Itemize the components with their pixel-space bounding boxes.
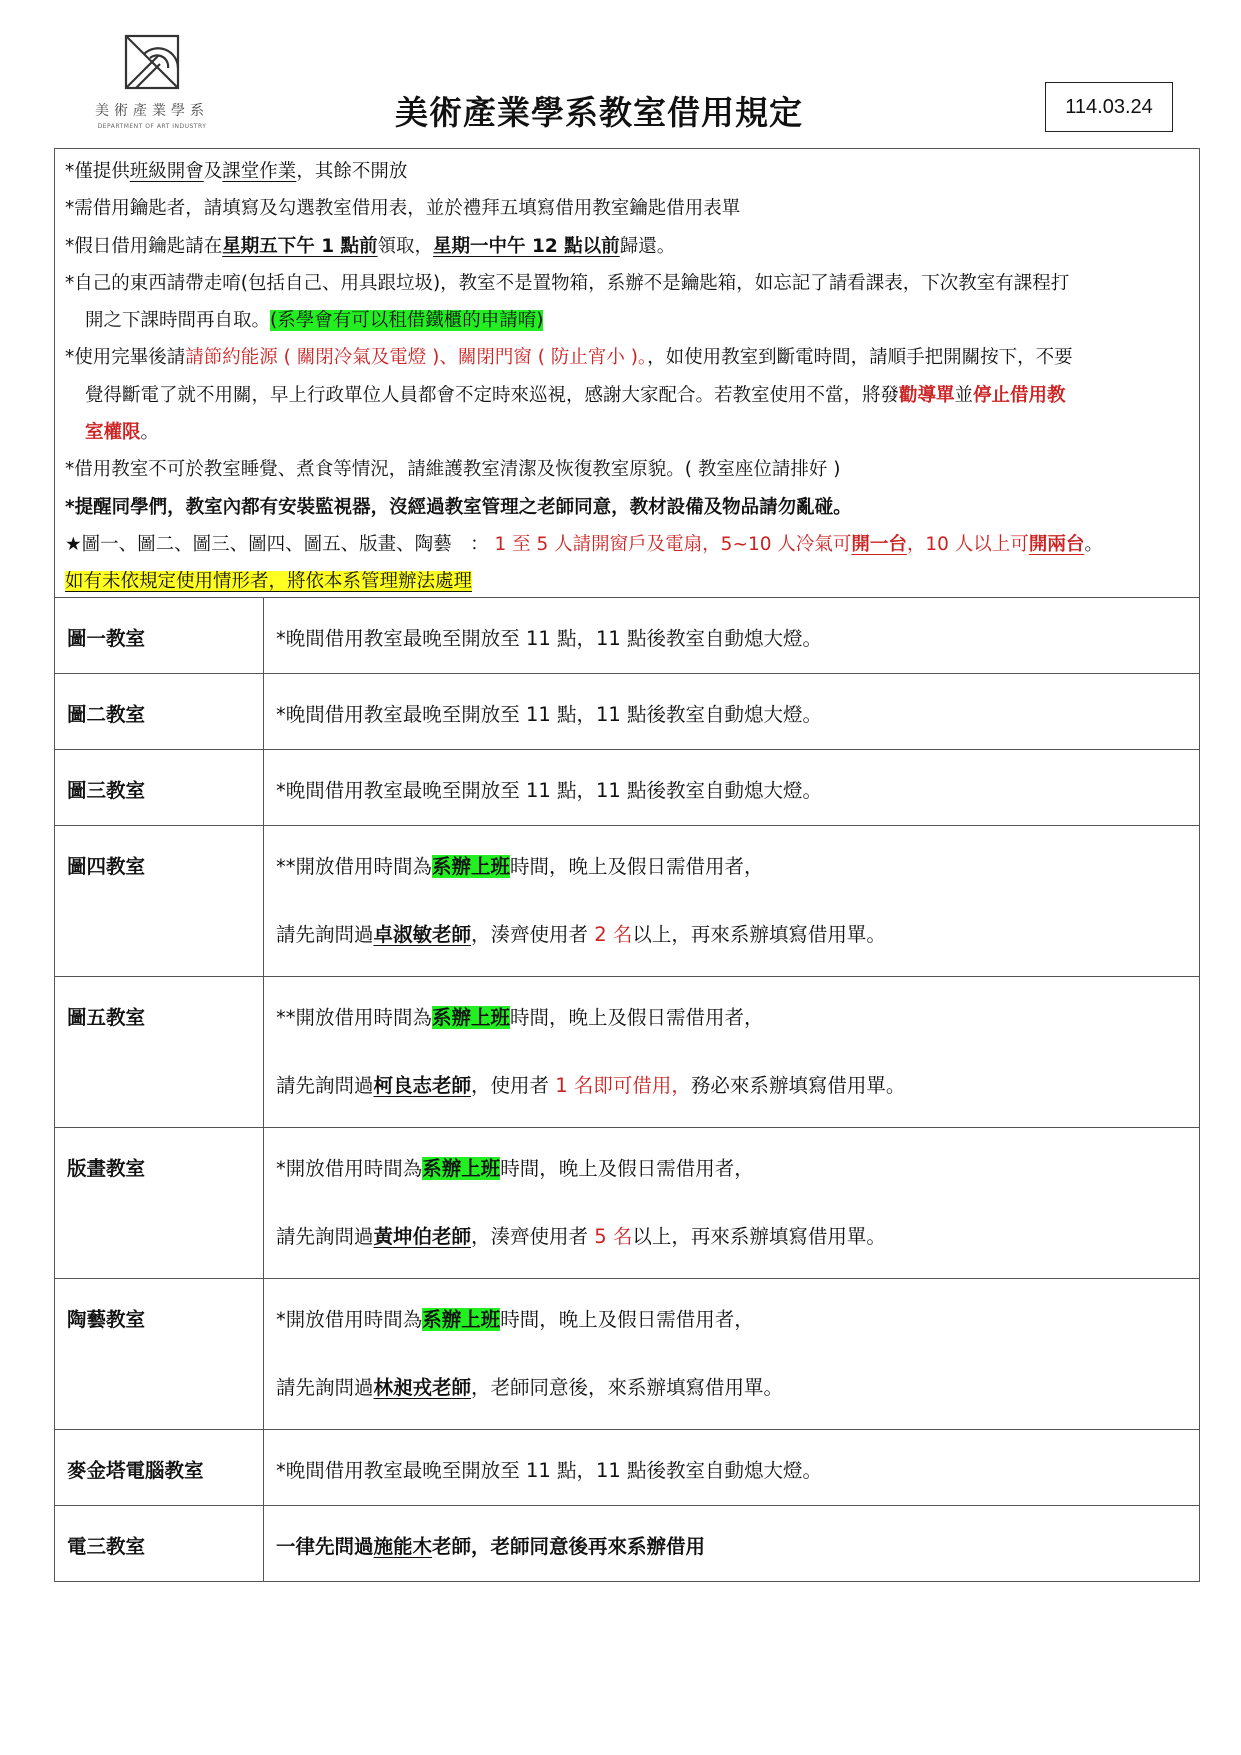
rule-text: *需借用鑰匙者，請填寫及勾選教室借用表，並於禮拜五填寫借用教室鑰匙借用表單 (65, 198, 740, 219)
rule-text: 請先詢問過 (276, 1074, 374, 1097)
rule-line: ★圖一、圖二、圖三、圖四、圖五、版畫、陶藝 ： 1 至 5 人請開窗戶及電扇，5… (65, 526, 1191, 563)
rule-text: *開放借用時間為 (276, 1308, 422, 1331)
rule-text: 領取， (378, 236, 434, 257)
rule-text: *假日借用鑰匙請在 (65, 236, 222, 257)
rule-text: 請先詢問過 (276, 1225, 374, 1248)
room-rule: **開放借用時間為系辦上班時間，晚上及假日需借用者， 請先詢問過柯良志老師，使用… (264, 977, 1200, 1128)
office-hours-highlight: 系辦上班 (422, 1157, 500, 1180)
rule-text: 歸還。 (620, 236, 676, 257)
table-row: 圖三教室 *晚間借用教室最晚至開放至 11 點，11 點後教室自動熄大燈。 (55, 750, 1200, 826)
table-row: 麥金塔電腦教室 *晚間借用教室最晚至開放至 11 點，11 點後教室自動熄大燈。 (55, 1430, 1200, 1506)
room-name: 圖四教室 (55, 826, 264, 977)
rule-text: **開放借用時間為 (276, 1006, 432, 1029)
energy-saving-warning: 請節約能源 ( 關閉冷氣及電燈 )、關閉門窗 ( 防止宵小 )。 (185, 347, 647, 368)
table-row: 陶藝教室 *開放借用時間為系辦上班時間，晚上及假日需借用者， 請先詢問過林昶戎老… (55, 1279, 1200, 1430)
rule-text: 時間，晚上及假日需借用者， (510, 855, 764, 878)
table-row: 圖二教室 *晚間借用教室最晚至開放至 11 點，11 點後教室自動熄大燈。 (55, 674, 1200, 750)
department-logo-icon (124, 34, 180, 90)
table-row: 圖四教室 **開放借用時間為系辦上班時間，晚上及假日需借用者， 請先詢問過卓淑敏… (55, 826, 1200, 977)
rule-text: 時間，晚上及假日需借用者， (510, 1006, 764, 1029)
office-hours-highlight: 系辦上班 (432, 1006, 510, 1029)
locker-note-highlight: (系學會有可以租借鐵櫃的申請唷) (270, 310, 543, 331)
room-name: 圖二教室 (55, 674, 264, 750)
table-row: 圖五教室 **開放借用時間為系辦上班時間，晚上及假日需借用者， 請先詢問過柯良志… (55, 977, 1200, 1128)
ac-rule-emphasis: 開一台 (851, 534, 907, 555)
rule-text: ，其餘不開放 (296, 161, 407, 182)
rule-text: 並 (955, 385, 974, 406)
camera-warning: *提醒同學們，教室內都有安裝監視器，沒經過教室管理之老師同意，教材設備及物品請勿… (65, 497, 852, 518)
rule-emphasis: 班級開會 (130, 161, 204, 182)
rule-text: *自己的東西請帶走唷(包括自己、用具跟垃圾)，教室不是置物箱，系辦不是鑰匙箱，如… (65, 273, 1069, 294)
room-table: 圖一教室 *晚間借用教室最晚至開放至 11 點，11 點後教室自動熄大燈。 圖二… (54, 597, 1200, 1582)
rule-text: 。 (141, 422, 160, 443)
room-rule: 一律先問過施能木老師，老師同意後再來系辦借用 (264, 1506, 1200, 1582)
rule-text: 一律先問過 (276, 1535, 374, 1558)
rule-text: 時間，晚上及假日需借用者， (500, 1308, 754, 1331)
rule-text: 。 (1084, 534, 1103, 555)
rule-line: 室權限。 (65, 414, 1191, 451)
logo-name-cn: 美術產業學系 (92, 100, 212, 120)
rule-text: 開之下課時間再自取。 (85, 310, 270, 331)
room-rule: *晚間借用教室最晚至開放至 11 點，11 點後教室自動熄大燈。 (264, 750, 1200, 826)
rule-text: ，湊齊使用者 (471, 1225, 594, 1248)
room-name: 版畫教室 (55, 1128, 264, 1279)
rule-line: 覺得斷電了就不用關，早上行政單位人員都會不定時來巡視，感謝大家配合。若教室使用不… (65, 377, 1191, 414)
room-name: 圖三教室 (55, 750, 264, 826)
department-logo: 美術產業學系 DEPARTMENT OF ART INDUSTRY (92, 34, 212, 130)
room-rule: **開放借用時間為系辦上班時間，晚上及假日需借用者， 請先詢問過卓淑敏老師，湊齊… (264, 826, 1200, 977)
room-rule: *開放借用時間為系辦上班時間，晚上及假日需借用者， 請先詢問過黃坤伯老師，湊齊使… (264, 1128, 1200, 1279)
office-hours-highlight: 系辦上班 (432, 855, 510, 878)
rule-emphasis: 課堂作業 (222, 161, 296, 182)
rule-text: *僅提供 (65, 161, 130, 182)
ac-rule: 1 至 5 人請開窗戶及電扇，5~10 人冷氣可 (489, 534, 852, 555)
rule-text: 圖一、圖二、圖三、圖四、圖五、版畫、陶藝 ： (82, 534, 489, 555)
rule-text: ，湊齊使用者 (471, 923, 594, 946)
rule-text: ，如使用教室到斷電時間，請順手把開關按下，不要 (647, 347, 1073, 368)
ac-rule-emphasis: 開兩台 (1029, 534, 1085, 555)
rule-text: 覺得斷電了就不用關，早上行政單位人員都會不定時來巡視，感謝大家配合。若教室使用不… (85, 385, 899, 406)
room-name: 陶藝教室 (55, 1279, 264, 1430)
table-row: 圖一教室 *晚間借用教室最晚至開放至 11 點，11 點後教室自動熄大燈。 (55, 598, 1200, 674)
rule-line: *自己的東西請帶走唷(包括自己、用具跟垃圾)，教室不是置物箱，系辦不是鑰匙箱，如… (65, 265, 1191, 302)
rule-text: 請先詢問過 (276, 923, 374, 946)
rule-text: 時間，晚上及假日需借用者， (500, 1157, 754, 1180)
user-count: 1 名即可借用， (555, 1074, 691, 1097)
rule-emphasis: 星期一中午 12 點以前 (433, 236, 620, 257)
rule-line: *提醒同學們，教室內都有安裝監視器，沒經過教室管理之老師同意，教材設備及物品請勿… (65, 489, 1191, 526)
logo-name-en: DEPARTMENT OF ART INDUSTRY (92, 123, 212, 130)
rule-text: 以上，再來系辦填寫借用單。 (632, 1225, 886, 1248)
room-name: 圖五教室 (55, 977, 264, 1128)
rule-text: 及 (204, 161, 223, 182)
rule-emphasis: 星期五下午 1 點前 (222, 236, 377, 257)
room-rule: *晚間借用教室最晚至開放至 11 點，11 點後教室自動熄大燈。 (264, 1430, 1200, 1506)
rule-text: 老師，老師同意後再來系辦借用 (432, 1535, 705, 1558)
rule-text: ，老師同意後，來系辦填寫借用單。 (471, 1376, 783, 1399)
teacher-name: 卓淑敏老師 (374, 923, 472, 946)
rule-text: *開放借用時間為 (276, 1157, 422, 1180)
teacher-name: 施能木 (374, 1535, 433, 1558)
rule-text: ，使用者 (471, 1074, 555, 1097)
table-row: 電三教室 一律先問過施能木老師，老師同意後再來系辦借用 (55, 1506, 1200, 1582)
penalty-warning: 室權限 (85, 422, 141, 443)
teacher-name: 柯良志老師 (374, 1074, 472, 1097)
rule-line: *借用教室不可於教室睡覺、煮食等情況，請維護教室清潔及恢復教室原貌。( 教室座位… (65, 451, 1191, 488)
room-name: 麥金塔電腦教室 (55, 1430, 264, 1506)
rule-line: *需借用鑰匙者，請填寫及勾選教室借用表，並於禮拜五填寫借用教室鑰匙借用表單 (65, 190, 1191, 227)
rule-line: 開之下課時間再自取。(系學會有可以租借鐵櫃的申請唷) (65, 302, 1191, 339)
user-count: 5 名 (594, 1225, 632, 1248)
rules-section: *僅提供班級開會及課堂作業，其餘不開放 *需借用鑰匙者，請填寫及勾選教室借用表，… (54, 148, 1200, 597)
star-icon: ★ (65, 534, 82, 555)
rule-text: *借用教室不可於教室睡覺、煮食等情況，請維護教室清潔及恢復教室原貌。( 教室座位… (65, 459, 840, 480)
room-rule: *晚間借用教室最晚至開放至 11 點，11 點後教室自動熄大燈。 (264, 598, 1200, 674)
room-name: 電三教室 (55, 1506, 264, 1582)
rule-text: *使用完畢後請 (65, 347, 185, 368)
rule-line: 如有未依規定使用情形者，將依本系管理辦法處理 (65, 563, 1191, 600)
room-rule: *晚間借用教室最晚至開放至 11 點，11 點後教室自動熄大燈。 (264, 674, 1200, 750)
teacher-name: 林昶戎老師 (374, 1376, 472, 1399)
rule-line: *假日借用鑰匙請在星期五下午 1 點前領取，星期一中午 12 點以前歸還。 (65, 228, 1191, 265)
teacher-name: 黃坤伯老師 (374, 1225, 472, 1248)
rule-text: 請先詢問過 (276, 1376, 374, 1399)
page-title: 美術產業學系教室借用規定 (395, 87, 803, 134)
rule-line: *僅提供班級開會及課堂作業，其餘不開放 (65, 153, 1191, 190)
ac-rule: ，10 人以上可 (907, 534, 1029, 555)
room-name: 圖一教室 (55, 598, 264, 674)
rule-text: 以上，再來系辦填寫借用單。 (632, 923, 886, 946)
room-rule: *開放借用時間為系辦上班時間，晚上及假日需借用者， 請先詢問過林昶戎老師，老師同… (264, 1279, 1200, 1430)
rule-line: *使用完畢後請請節約能源 ( 關閉冷氣及電燈 )、關閉門窗 ( 防止宵小 )。，… (65, 339, 1191, 376)
violation-notice: 如有未依規定使用情形者，將依本系管理辦法處理 (65, 571, 472, 592)
rule-text: **開放借用時間為 (276, 855, 432, 878)
date-box: 114.03.24 (1045, 82, 1173, 132)
penalty-warning: 停止借用教 (973, 385, 1066, 406)
rule-text: 務必來系辦填寫借用單。 (691, 1074, 906, 1097)
penalty-warning: 勸導單 (899, 385, 955, 406)
office-hours-highlight: 系辦上班 (422, 1308, 500, 1331)
table-row: 版畫教室 *開放借用時間為系辦上班時間，晚上及假日需借用者， 請先詢問過黃坤伯老… (55, 1128, 1200, 1279)
user-count: 2 名 (594, 923, 632, 946)
